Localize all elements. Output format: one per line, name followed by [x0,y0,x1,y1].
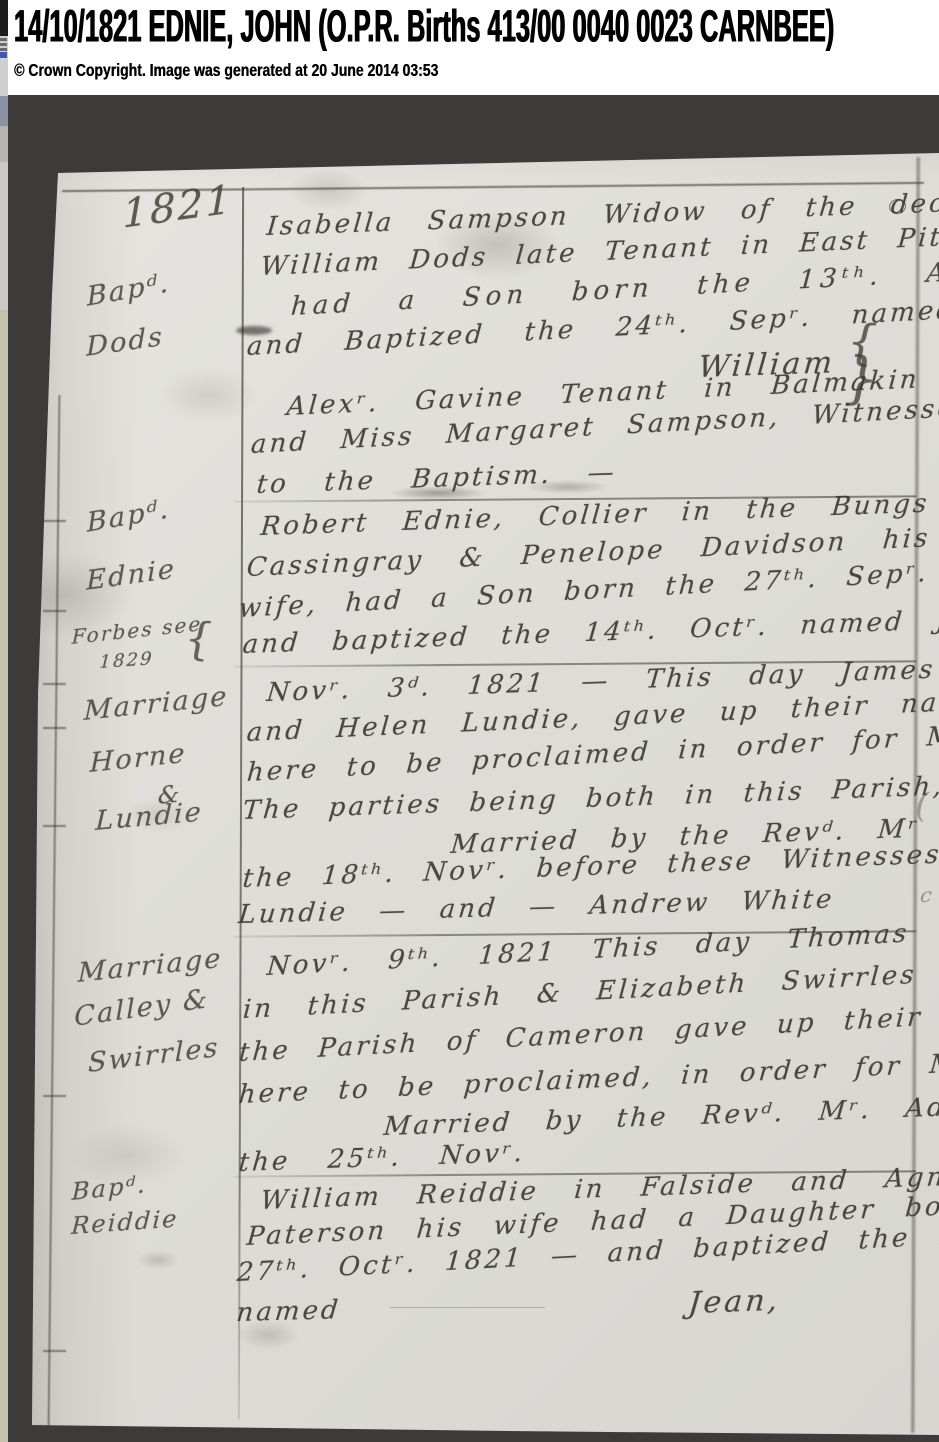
stitch-tick [43,727,66,729]
margin-note: Forbes see [72,611,203,648]
stitch-tick [43,1350,66,1352]
margin-note: Dods [86,321,164,362]
margin-note: Swirrles [88,1032,220,1079]
binding-stitch-line [48,395,61,1427]
scan-image: 1821 Bapᵈ. Dods Bapᵈ. Ednie Forbes see 1… [8,95,939,1442]
screenshot-root: 14/10/1821 EDNIE, JOHN (O.P.R. Births 41… [0,0,939,1442]
stitch-tick [43,1095,66,1097]
edge-beige-band [0,310,8,1442]
margin-note: Bapᵈ. [86,494,171,539]
margin-note: Bapᵈ. [86,268,171,313]
faint-underline [390,1307,545,1308]
edge-gray-band [0,126,8,162]
entry-line: named [235,1295,342,1328]
stitch-tick [43,520,66,522]
edge-line [0,48,7,51]
stitch-tick [43,825,66,827]
entry-line: the 25ᵗʰ. Novʳ. [237,1138,526,1178]
margin-note: Marriage [77,943,222,989]
edge-line [0,38,7,41]
copyright-note: © Crown Copyright. Image was generated a… [14,60,438,81]
margin-note: Reiddie [71,1205,180,1240]
margin-year: 1821 [122,177,233,238]
margin-note: Marriage [83,681,228,727]
margin-note: 1829 [99,648,154,673]
margin-note: Lundie [95,797,203,837]
edge-line [0,43,7,46]
entry-line: to the Baptism. — [255,457,618,500]
margin-note: Bapᵈ. [72,1170,148,1206]
stitch-tick [43,610,66,612]
margin-note: Ednie [86,554,176,597]
edge-blue-box [0,96,8,126]
edge-light-band [0,162,8,310]
margin-note: Horne [89,738,186,779]
record-title: 14/10/1821 EDNIE, JOHN (O.P.R. Births 41… [14,2,834,54]
stitch-tick [43,683,66,685]
edge-blue-mark [0,52,7,58]
edge-dark-block [0,0,8,36]
viewer-header: 14/10/1821 EDNIE, JOHN (O.P.R. Births 41… [8,0,939,95]
window-edge-strip [0,0,8,1442]
margin-small-mark: c [919,883,935,907]
entry-line: Lundie — and — Andrew White [237,884,836,930]
margin-note: Calley & [74,983,209,1032]
entry-line: Jean, [687,1283,782,1321]
register-page: 1821 Bapᵈ. Dods Bapᵈ. Ednie Forbes see 1… [8,95,939,1442]
